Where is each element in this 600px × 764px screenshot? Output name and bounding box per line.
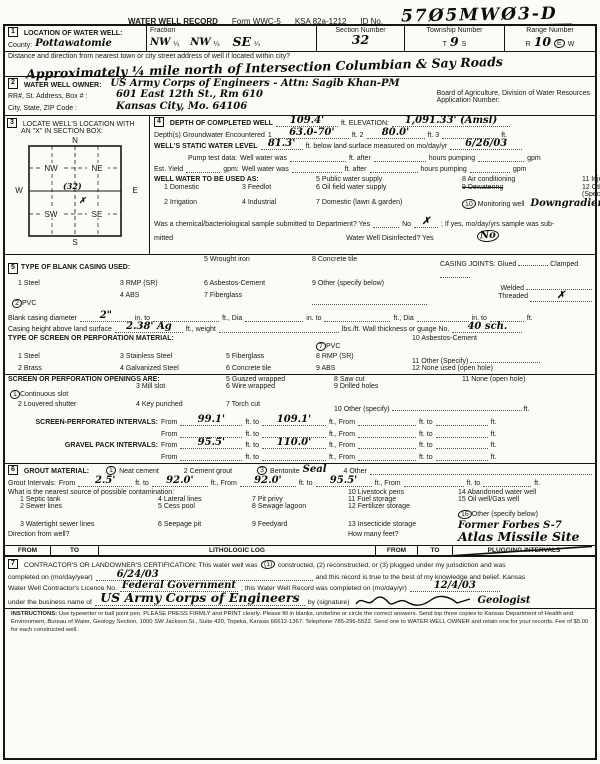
township-label: Township Number	[408, 27, 501, 34]
section-5-casing: 5TYPE OF BLANK CASING USED: 5 Wrought ir…	[5, 255, 595, 375]
casing-option-2-number: 2	[12, 299, 22, 309]
compass-w: W	[15, 186, 23, 195]
ftto-label: ft. to	[245, 419, 259, 426]
section-6-grout: 6 GROUT MATERIAL: 1Neat cement 2 Cement …	[5, 464, 595, 545]
openings-options: SCREEN OR PERFORATION OPENINGS ARE: 5 Gu…	[8, 376, 592, 413]
grout-option-1-number: 1	[106, 466, 116, 476]
quarter-glyph: ¼	[254, 41, 260, 48]
contamination-option-16-text: Other (specify below)	[472, 511, 538, 518]
ftfrom-label-c: ft., From	[329, 442, 355, 449]
blank-casing-options: 5TYPE OF BLANK CASING USED: 5 Wrought ir…	[8, 256, 592, 310]
use-option-4: 4 Industrial	[242, 198, 316, 209]
section-4-numbox: 4	[154, 117, 164, 127]
use-option-11: 11 Injection well	[582, 175, 600, 183]
grout-ftto-label: ft. to	[135, 480, 149, 487]
use-title: WELL WATER TO BE USED AS:	[154, 175, 316, 183]
contamination-option-16-number: 16	[458, 509, 472, 519]
casing-option-7: 7 Fiberglass	[204, 292, 312, 310]
ftfrom-label-b: ft., From	[329, 431, 355, 438]
section-1-title: LOCATION OF WATER WELL:	[24, 30, 123, 37]
pump-ftafter-label: ft. after	[349, 155, 371, 162]
contamination-option-16-circled: 16Other (specify below)	[458, 503, 592, 521]
gw3-num: ft. 3	[428, 132, 440, 139]
sample-question: Was a chemical/bacteriological sample su…	[154, 221, 370, 228]
section-1-location: 1LOCATION OF WATER WELL: County:Pottawat…	[5, 26, 595, 52]
direction-from-well-label: Direction from well?	[8, 531, 158, 544]
swl-mid-label: ft. below land surface measured on mo/da…	[306, 143, 448, 150]
opening-option-1-number: 1	[10, 390, 20, 400]
record-date-value: 12/4/03	[434, 581, 476, 591]
grout-option-1-text: Neat cement	[119, 468, 159, 475]
yield-hours-label: hours pumping	[421, 166, 467, 173]
from-label-d: From	[161, 454, 177, 461]
business-name-value: US Army Corps of Engineers	[100, 592, 299, 605]
gravel-intervals-label: GRAVEL PACK INTERVALS:	[8, 442, 158, 449]
section-3-title-2: AN "X" IN SECTION BOX:	[21, 128, 147, 135]
signature-label: by (signature)	[308, 599, 350, 606]
ft-end-c: ft.	[491, 442, 497, 449]
compass-e: E	[132, 186, 137, 195]
grout-interval-1-to: 92.0'	[166, 476, 193, 486]
contamination-option-1: 1 Septic tank	[20, 496, 158, 503]
yield-ftafter-label: ft. after	[345, 166, 367, 173]
grout-ft-end: ft.	[534, 480, 540, 487]
screen-openings-section: SCREEN OR PERFORATION OPENINGS ARE: 5 Gu…	[5, 375, 595, 464]
static-water-level-value: 81.3'	[268, 139, 295, 149]
opening-option-10: 10 Other (specify) ft.	[334, 401, 592, 413]
screen-material-options: TYPE OF SCREEN OR PERFORATION MATERIAL: …	[8, 335, 592, 372]
range-r: R	[526, 41, 531, 48]
openings-title: SCREEN OR PERFORATION OPENINGS ARE:	[8, 376, 226, 383]
pump-gpm-label: gpm	[527, 155, 541, 162]
use-option-6: 6 Oil field water supply	[316, 183, 462, 198]
screen-option-6: 6 Concrete tile	[226, 365, 316, 372]
casing-joints-clamped: Clamped	[550, 261, 578, 268]
grout-ftfrom-label-2: ft., From	[375, 480, 401, 487]
use-option-5: 5 Public water supply	[316, 175, 462, 183]
opening-option-4: 4 Key punched	[136, 401, 226, 413]
from-label-b: From	[161, 431, 177, 438]
contamination-option-11: 11 Fuel storage	[348, 496, 458, 503]
ft-label-end: ft.	[527, 315, 533, 322]
grout-interval-2-from: 92.0'	[254, 476, 281, 486]
col-plugging-intervals: PLUGGING INTERVALS	[452, 546, 595, 556]
certification-text-3: and this record is true to the best of m…	[316, 574, 526, 581]
groundwater-1-value: 63.0-70'	[289, 128, 334, 138]
opening-option-8: 8 Saw cut	[334, 376, 462, 383]
col-lithologic-log: LITHOLOGIC LOG	[98, 546, 375, 556]
casing-diameter-label: Blank casing diameter	[8, 315, 77, 322]
casing-joints-welded: Welded	[440, 280, 592, 292]
casing-option-5: 5 Wrought iron	[204, 256, 312, 280]
section-3-title-1: LOCATE WELL'S LOCATION WITH	[23, 121, 135, 128]
quarter-glyph: ¼	[173, 41, 179, 48]
form-body: 1LOCATION OF WATER WELL: County:Pottawat…	[3, 24, 597, 760]
screen-option-2: 2 Brass	[18, 365, 120, 372]
fraction-q2: NW	[190, 38, 210, 48]
ftto-label-c2: ft. to	[419, 442, 433, 449]
water-well-record-form: WATER WELL RECORD Form WWC-5 KSA 82a-121…	[0, 0, 600, 764]
section-3-locate-box: 3LOCATE WELL'S LOCATION WITH AN "X" IN S…	[5, 116, 150, 254]
sample-tail: ; If yes, mo/day/yrs sample was sub-	[441, 221, 554, 228]
constructed-1-circled: (1)	[260, 560, 275, 570]
section-7-certification: 7 CONTRACTOR'S OR LANDOWNER'S CERTIFICAT…	[5, 557, 595, 609]
screen-option-4: 4 Galvanized Steel	[120, 365, 226, 372]
range-east-circled: E	[554, 39, 565, 49]
compass-n: N	[72, 136, 78, 145]
use-option-1: 1 Domestic	[164, 183, 242, 198]
compass-s: S	[72, 238, 77, 247]
fraction-q3: SE	[232, 36, 251, 49]
use-option-2: 2 Irrigation	[164, 198, 242, 209]
section-5-numbox: 5	[8, 263, 18, 273]
ftdia-label: ft., Dia	[222, 315, 242, 322]
contamination-option-5: 5 Cess pool	[158, 503, 252, 521]
distance-direction: Distance and direction from nearest town…	[5, 52, 595, 78]
casing-option-6: 6 Asbestos-Cement	[204, 280, 312, 292]
casing-option-2-circled: 2PVC	[12, 292, 120, 310]
grout-option-2: 2 Cement grout	[184, 468, 232, 475]
board-of-agriculture-block: Board of Agriculture, Division of Water …	[437, 90, 590, 104]
ft-end-b: ft.	[491, 431, 497, 438]
ftdia-label-2: ft., Dia	[393, 315, 413, 322]
address-value: 601 East 12th St., Rm 610	[116, 90, 263, 100]
well-section-number-annotation: (32)	[63, 181, 82, 191]
use-option-8: 8 Air conditioning	[462, 175, 582, 183]
instructions-block: INSTRUCTIONS: Use typewriter or ball poi…	[5, 609, 595, 637]
grout-interval-2-to: 95.5'	[330, 476, 357, 486]
grout-ftfrom-label: ft., From	[211, 480, 237, 487]
screen-option-1: 1 Steel	[18, 353, 120, 365]
lith-table-header: FROM TO LITHOLOGIC LOG FROM TO PLUGGING …	[5, 546, 595, 556]
grout-bentonite-note: Seal	[303, 465, 327, 475]
est-yield-label: Est. Yield	[154, 166, 183, 173]
section-6-numbox: 6	[8, 465, 18, 475]
contamination-option-3: 3 Watertight sewer lines	[20, 521, 158, 531]
depth-label: DEPTH OF COMPLETED WELL	[170, 120, 273, 127]
casing-joints-threaded: Threaded ✗	[440, 292, 592, 310]
sample-no-mark: ✗	[422, 217, 430, 227]
instructions-text: Use typewriter or ball point pen. PLEASE…	[11, 611, 588, 633]
from-label: From	[161, 419, 177, 426]
city-label: City, State, ZIP Code :	[8, 105, 113, 112]
col-to: TO	[50, 546, 98, 556]
contamination-other-value-2: Atlas Missile Site	[458, 531, 592, 544]
section-3-numbox: 3	[7, 118, 17, 128]
section-3-4-row: 3LOCATE WELL'S LOCATION WITH AN "X" IN S…	[5, 116, 595, 255]
opening-option-5: 5 Guazed wrapped	[226, 376, 334, 383]
use-option-10-text: Monitoring well	[478, 200, 525, 208]
yield-wellwater-label: Well water was	[242, 166, 289, 173]
casing-height-value: 2.38' Ag	[126, 322, 172, 332]
compass-sw: SW	[45, 210, 58, 219]
contamination-option-2: 2 Sewer lines	[20, 503, 158, 521]
lithologic-log-table: FROM TO LITHOLOGIC LOG FROM TO PLUGGING …	[5, 545, 595, 557]
business-name-label: under the business name of	[8, 599, 92, 606]
county-label: County:	[8, 42, 32, 49]
contamination-option-10: 10 Livestock pens	[348, 489, 458, 496]
township-value: 9	[450, 36, 459, 49]
grout-ftto-label-3: ft. to	[467, 480, 481, 487]
grout-option-3-text: Bentonite	[270, 468, 300, 475]
contamination-option-12: 12 Fertilizer storage	[348, 503, 458, 521]
ftto-label-b: ft. to	[245, 431, 259, 438]
city-value: Kansas City, Mo. 64106	[116, 102, 247, 112]
compass-nw: NW	[44, 164, 58, 173]
use-option-7: 7 Domestic (lawn & garden)	[316, 198, 462, 209]
casing-option-9: 9 Other (specify below)	[312, 280, 440, 292]
opening-option-9: 9 Drilled holes	[334, 383, 462, 401]
col-plug-from: FROM	[375, 546, 417, 556]
ftto-label-d2: ft. to	[419, 454, 433, 461]
certification-text-2: constructed, (2) reconstructed, or (3) p…	[278, 562, 506, 569]
screen-option-9: 9 ABS	[316, 365, 412, 372]
contamination-option-15: 15 Oil well/Gas well	[458, 496, 592, 503]
depth-value: 109.4'	[290, 116, 324, 126]
est-yield-gpm-label: gpm:	[223, 166, 239, 173]
use-other-value: Downgradient well	[530, 198, 600, 209]
into-label-2: in. to	[306, 315, 321, 322]
screen-material-title: TYPE OF SCREEN OR PERFORATION MATERIAL:	[8, 335, 316, 353]
screen-interval-from: 99.1'	[198, 415, 225, 425]
ftfrom-label-d: ft., From	[329, 454, 355, 461]
board-line1: Board of Agriculture, Division of Water …	[437, 90, 590, 97]
ftto-label-2: ft. to	[419, 419, 433, 426]
groundwater-label: Depth(s) Groundwater Encountered	[154, 132, 265, 139]
contamination-options: What is the nearest source of possible c…	[8, 489, 592, 544]
gravel-interval-from: 95.5'	[198, 438, 225, 448]
swl-date-value: 6/26/03	[465, 139, 507, 149]
gw2-num: ft. 2	[352, 132, 364, 139]
ftfrom-label: ft., From	[329, 419, 355, 426]
grout-intervals-label: Grout Intervals:	[8, 480, 56, 487]
contamination-option-4: 4 Lateral lines	[158, 496, 252, 503]
contamination-option-14: 14 Abandoned water well	[458, 489, 592, 496]
use-option-12: 12 Other (Specify below)	[582, 183, 600, 198]
use-option-10-number: 10	[462, 199, 476, 210]
contamination-title: What is the nearest source of possible c…	[8, 489, 348, 496]
opening-option-1-circled: 1Continuous slot	[10, 383, 136, 401]
owner-value: US Army Corps of Engineers - Attn: Sagib…	[110, 79, 399, 89]
screen-option-12: 12 None used (open hole)	[412, 365, 592, 372]
contamination-option-9: 9 Feedyard	[252, 521, 348, 531]
static-water-level-label: WELL'S STATIC WATER LEVEL	[154, 143, 258, 150]
application-number-label: Application Number:	[437, 97, 590, 104]
pump-wellwater-label: Well water was	[240, 155, 287, 162]
contamination-option-6: 6 Seepage pit	[158, 521, 252, 531]
owner-title: WATER WELL OWNER:	[24, 82, 102, 89]
opening-option-6: 6 Wire wrapped	[226, 383, 334, 401]
form-header: WATER WELL RECORD Form WWC-5 KSA 82a-121…	[0, 5, 600, 26]
township-t: T	[443, 41, 447, 48]
ft-end-d: ft.	[491, 454, 497, 461]
section-7-numbox: 7	[8, 559, 18, 569]
screen-option-7-number: 7	[316, 342, 326, 352]
grout-title: GROUT MATERIAL:	[24, 468, 89, 475]
casing-option-1: 1 Steel	[18, 280, 120, 292]
section-1-numbox: 1	[8, 27, 18, 37]
casing-option-8: 8 Concrete tile	[312, 256, 440, 280]
grout-from-label: From	[59, 480, 75, 487]
casing-diameter-value: 2"	[100, 311, 112, 321]
compass-se: SE	[92, 210, 103, 219]
wall-thickness-label: lbs./ft. Wall thickness or guage No.	[342, 326, 450, 333]
casing-height-label: Casing height above land surface	[8, 326, 112, 333]
section-location-diagram: N S W E NW NE SW SE (32) ✗	[7, 135, 147, 247]
address-label: RR#, St. Address, Box # :	[8, 93, 113, 100]
casing-option-3: 3 RMP (SR)	[120, 280, 204, 292]
screen-intervals-label: SCREEN-PERFORATED INTERVALS:	[8, 419, 158, 426]
col-from: FROM	[5, 546, 50, 556]
sample-no-label: No	[402, 221, 411, 228]
section-2-numbox: 2	[8, 78, 18, 88]
weight-label: ft., weight	[186, 326, 216, 333]
disinfected-label: Water Well Disinfected? Yes	[346, 235, 434, 242]
elevation-value: 1,091.33' (Amsl)	[405, 116, 498, 126]
gauge-value: 40 sch.	[467, 322, 507, 332]
opening-option-2: 2 Louvered shutter	[18, 401, 136, 413]
grout-option-4: 4 Other	[344, 468, 367, 475]
screen-option-7-circled: 7PVC	[316, 335, 412, 353]
screen-option-5: 5 Fiberglass	[226, 353, 316, 365]
screen-option-11: 11 Other (Specify)	[412, 353, 592, 365]
ft-end: ft.	[491, 419, 497, 426]
groundwater-2-value: 80.0'	[382, 128, 409, 138]
quarter-glyph: ¼	[214, 41, 220, 48]
contamination-option-8: 8 Sewage lagoon	[252, 503, 348, 521]
grout-option-3-number: 3	[257, 466, 267, 476]
signature-title-note: Geologist	[477, 596, 530, 606]
contamination-option-7: 7 Pit privy	[252, 496, 348, 503]
county-value: Pottawatomie	[35, 39, 112, 49]
screen-option-8: 8 RMP (SR)	[316, 353, 412, 365]
gravel-interval-to: 110.0'	[277, 438, 311, 448]
section-number-value: 32	[320, 34, 401, 47]
screen-interval-to: 109.1'	[277, 415, 311, 425]
col-plug-to: TO	[417, 546, 452, 556]
contamination-option-13: 13 Insecticide storage	[348, 521, 458, 531]
opening-option-7: 7 Torch cut	[226, 401, 334, 413]
opening-option-11: 11 None (open hole)	[462, 376, 592, 383]
sample-tail-2: mitted	[154, 235, 173, 242]
pump-test-label: Pump test data:	[188, 155, 237, 162]
range-w: W	[568, 41, 575, 48]
completed-on-label: completed on (mo/day/year)	[8, 574, 93, 581]
grout-ftto-label-2: ft. to	[299, 480, 313, 487]
opening-option-1-text: Continuous slot	[20, 391, 68, 398]
screen-option-3: 3 Stainless Steel	[120, 353, 226, 365]
casing-joints-glued: CASING JOINTS: Glued Clamped	[440, 256, 592, 280]
screen-option-7-text: PVC	[326, 343, 340, 350]
disinfected-no-circled: No	[476, 229, 498, 242]
opening-option-3: 3 Mill slot	[136, 383, 226, 401]
screen-option-10: 10 Asbestos-Cement	[412, 335, 592, 353]
casing-option-2-text: PVC	[22, 300, 36, 307]
range-value: 10	[534, 36, 551, 49]
instructions-label: INSTRUCTIONS:	[11, 611, 57, 617]
signature-scribble	[354, 594, 472, 609]
ftto-label-c: ft. to	[245, 442, 259, 449]
use-option-3: 3 Feedlot	[242, 183, 316, 198]
casing-option-4: 4 ABS	[120, 292, 204, 310]
well-water-use-options: WELL WATER TO BE USED AS: 5 Public water…	[154, 175, 600, 209]
section-2-owner: 2 WATER WELL OWNER: US Army Corps of Eng…	[5, 77, 595, 115]
pump-hours-label: hours pumping	[429, 155, 475, 162]
ftto-label-b2: ft. to	[419, 431, 433, 438]
fraction-q1: NW	[150, 38, 170, 48]
how-many-feet-label: How many feet?	[348, 531, 458, 544]
completed-date-value: 6/24/03	[117, 570, 159, 580]
threaded-check-mark: ✗	[557, 291, 565, 301]
township-s: S	[462, 41, 467, 48]
compass-ne: NE	[91, 164, 102, 173]
from-label-c: From	[161, 442, 177, 449]
yield-gpm-label: gpm	[513, 166, 527, 173]
use-option-10-circled: 10 Monitoring well Downgradient well	[462, 198, 600, 209]
ftto-label-d: ft. to	[245, 454, 259, 461]
use-option-9-struck: 9 Dewatering	[462, 183, 582, 198]
casing-title: TYPE OF BLANK CASING USED:	[21, 264, 130, 271]
section-4-depth: 4 DEPTH OF COMPLETED WELL 109.4' ft. ELE…	[150, 116, 600, 254]
grout-interval-1-from: 2.5'	[95, 476, 115, 486]
fraction-label: Fraction	[150, 27, 313, 34]
range-label: Range Number	[508, 27, 592, 34]
well-x-mark: ✗	[79, 195, 87, 205]
